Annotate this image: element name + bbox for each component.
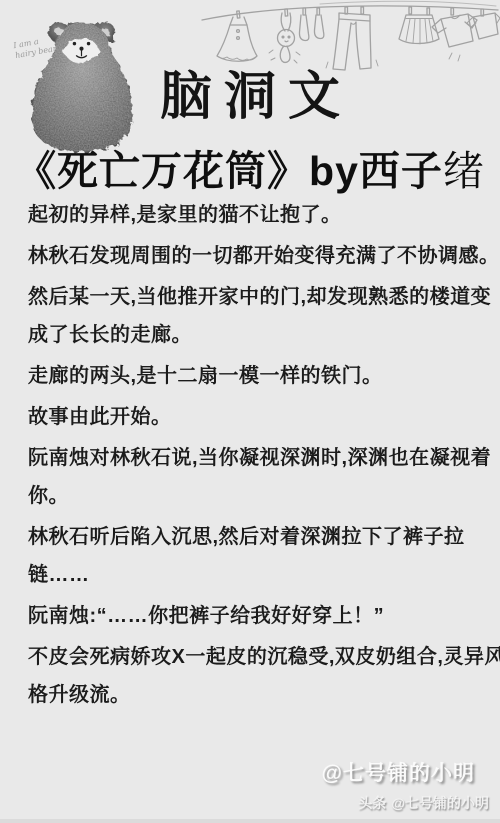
category-title: 脑洞文 (0, 54, 500, 129)
story-line: 你。 (28, 477, 492, 515)
story-line: 链…… (28, 556, 492, 594)
socks-icon (299, 15, 323, 41)
toutiao-brand-label: 头条 (358, 795, 386, 811)
story-line: 阮南烛:“……你把裤子给我好好穿上！” (28, 597, 492, 635)
book-title-main: 《死亡万花筒》by西子 (15, 148, 443, 194)
story-line: 成了长长的走廊。 (28, 316, 492, 354)
author-watermark: @七号铺的小明 (322, 757, 475, 787)
book-title-suffix: 绪 (443, 148, 485, 194)
story-line: 格升级流。 (28, 676, 492, 714)
story-line: 故事由此开始。 (28, 398, 492, 436)
story-line: 林秋石听后陷入沉思,然后对着深渊拉下了裤子拉 (28, 518, 492, 556)
clothespin-icons (237, 7, 484, 18)
story-line: 起初的异样,是家里的猫不让抱了。 (28, 196, 492, 234)
story-line: 阮南烛对林秋石说,当你凝视深渊时,深渊也在凝视着 (28, 439, 492, 477)
toutiao-handle: @七号铺的小明 (391, 795, 489, 811)
story-text: 起初的异样,是家里的猫不让抱了。 林秋石发现周围的一切都开始变得充满了不协调感。… (28, 196, 492, 714)
story-line: 然后某一天,当他推开家中的门,却发现熟悉的楼道变 (28, 278, 492, 316)
story-line: 不皮会死病娇攻X一起皮的沉稳受,双皮奶组合,灵异风 (28, 638, 492, 676)
story-line: 林秋石发现周围的一切都开始变得充满了不协调感。 (28, 237, 492, 275)
toutiao-watermark: 头条@七号铺的小明 (358, 793, 489, 813)
book-recommendation-card: I am a hairy bear 脑洞文 《死亡万花筒》by西子绪 起初的异样… (0, 0, 500, 823)
bottom-edge-strip (0, 819, 500, 823)
skirt-icon (399, 15, 439, 44)
book-title: 《死亡万花筒》by西子绪 (0, 138, 500, 197)
story-line: 走廊的两头,是十二扇一模一样的铁门。 (28, 357, 492, 395)
